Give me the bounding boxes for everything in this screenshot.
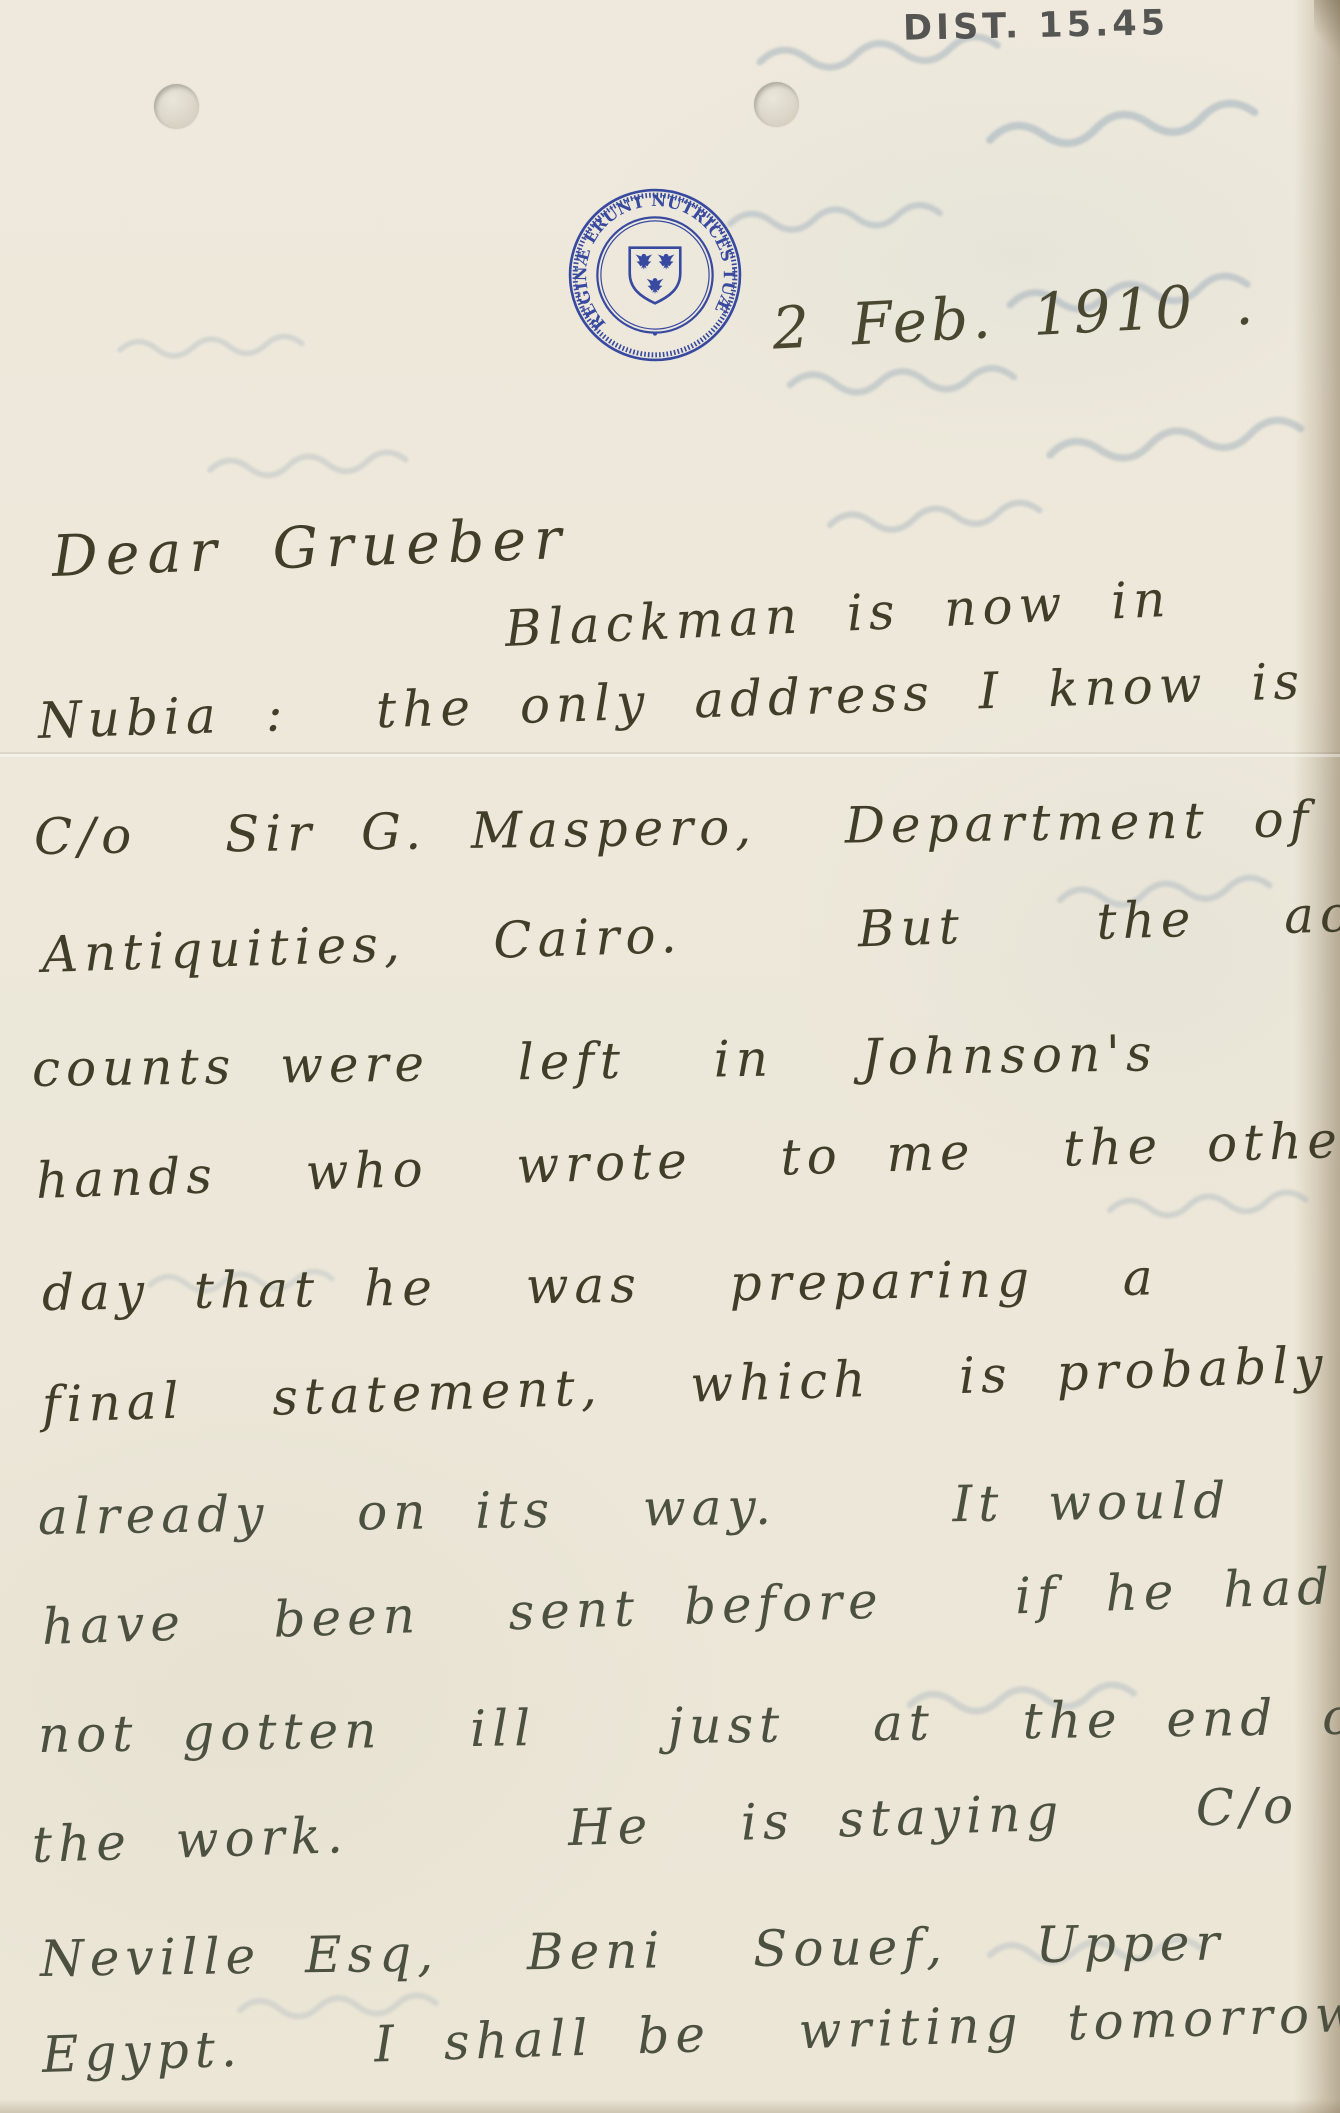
college-seal-stamp: REGINÆ ERUNT NUTRICES TUÆ [566,186,744,364]
letter-page: DIST. 15.45 REGINÆ ERUNT NUTRICES TUÆ 2 … [0,0,1340,2113]
body-line: day that he was preparing a [42,1248,1159,1322]
body-line: final statement, which is probably [41,1336,1329,1434]
body-line: Blackman is now in [504,570,1173,658]
body-line: Nubia : the only address I know is [37,652,1306,750]
body-line: not gotten ill just at the end of [38,1687,1340,1764]
punch-hole-right [754,82,799,127]
body-line: C/o Sir G. Maspero, Department of [34,790,1315,866]
punch-hole-left [154,84,199,129]
body-line: counts were left in Johnson's [32,1024,1158,1098]
letter-date: 2 Feb. 1910 . [771,269,1259,362]
scan-edge-bottom [0,2099,1340,2113]
archive-annotation: DIST. 15.45 [903,3,1170,49]
body-line: Egypt. I shall be writing tomorrow [41,1984,1340,2084]
body-line: hands who wrote to me the other [35,1110,1340,1210]
fold-crease [0,752,1340,757]
salutation: Dear Grueber [51,506,570,590]
body-line: already on its way. It would [38,1471,1232,1546]
body-line: Neville Esq, Beni Souef, Upper [40,1913,1226,1988]
seal-bottom-dot [653,332,657,336]
body-line: have been sent before if he had [41,1557,1336,1656]
seal-eagles [635,254,674,294]
body-line: the work. He is staying C/o R. [31,1773,1340,1874]
scan-corner-top-right [1314,0,1340,60]
body-line: Antiquities, Cairo. But the ac- [41,884,1340,984]
